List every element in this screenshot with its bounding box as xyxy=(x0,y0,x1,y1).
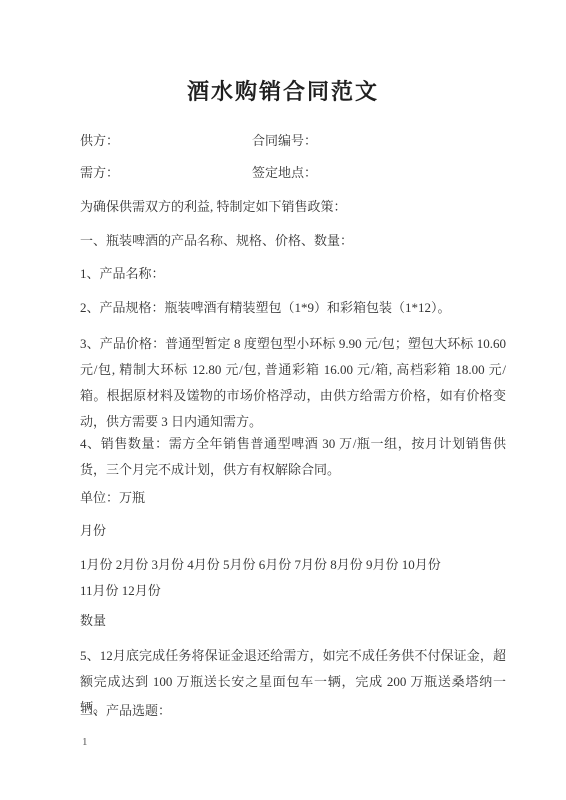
paragraph-month-list: 1月份 2月份 3月份 4月份 5月份 6月份 7月份 8月份 9月份 10月份… xyxy=(80,552,506,604)
paragraph-section-2-heading: 二、产品选题： xyxy=(80,698,506,724)
paragraph-unit: 单位：万瓶 xyxy=(80,485,506,511)
paragraph-product-name: 1、产品名称： xyxy=(80,261,506,287)
paragraph-quantity-label: 数量 xyxy=(80,608,506,634)
paragraph-month-label: 月份 xyxy=(80,518,506,544)
header-row-buyer: 需方： 签定地点： xyxy=(80,160,506,186)
paragraph-policy-intro: 为确保供需双方的利益, 特制定如下销售政策： xyxy=(80,194,506,220)
buyer-label: 需方： xyxy=(80,160,252,186)
paragraph-section-1-heading: 一、瓶装啤酒的产品名称、规格、价格、数量： xyxy=(80,228,506,254)
page-number: 1 xyxy=(82,734,88,750)
paragraph-product-spec: 2、产品规格：瓶装啤酒有精装塑包（1*9）和彩箱包装（1*12）。 xyxy=(80,295,506,321)
paragraph-product-price: 3、产品价格：普通型暂定 8 度塑包型小环标 9.90 元/包；塑包大环标 10… xyxy=(80,331,506,435)
document-title: 酒水购销合同范文 xyxy=(0,76,566,108)
header-row-supplier: 供方： 合同编号： xyxy=(80,128,506,154)
document-page: 酒水购销合同范文 供方： 合同编号： 需方： 签定地点： 为确保供需双方的利益,… xyxy=(0,0,566,800)
signing-place-label: 签定地点： xyxy=(252,160,317,186)
paragraph-sales-quantity: 4、销售数量：需方全年销售普通型啤酒 30 万/瓶一组，按月计划销售供货，三个月… xyxy=(80,431,506,483)
supplier-label: 供方： xyxy=(80,128,252,154)
contract-number-label: 合同编号： xyxy=(252,128,317,154)
